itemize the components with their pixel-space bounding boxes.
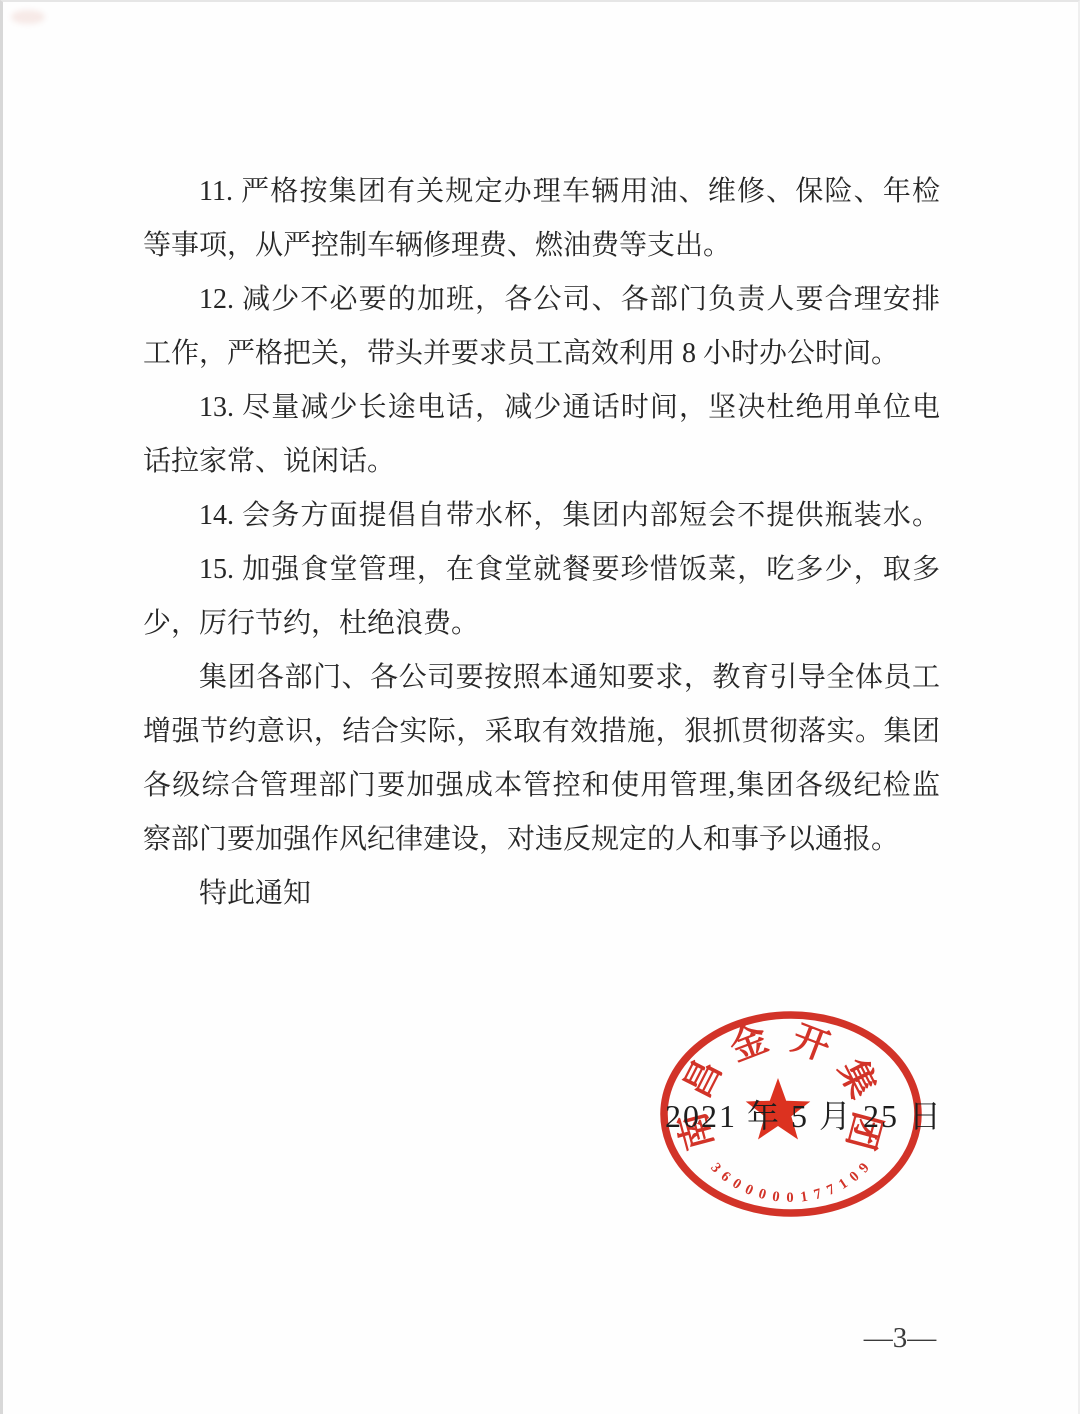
seal-serial-digit: 0 (742, 1181, 755, 1199)
text-line: 12. 减少不必要的加班，各公司、各部门负责人要合理安排 (143, 273, 940, 327)
seal-serial-digit: 0 (729, 1176, 744, 1193)
text-line: 集团各部门、各公司要按照本通知要求，教育引导全体员工 (143, 651, 940, 705)
seal-serial-digit: 0 (846, 1168, 862, 1185)
text-line: 特此通知 (143, 867, 940, 921)
text-line: 14. 会务方面提倡自带水杯，集团内部短会不提供瓶装水。 (143, 489, 940, 543)
text-line: 察部门要加强作风纪律建设，对违反规定的人和事予以通报。 (143, 813, 940, 867)
paragraph: 14. 会务方面提倡自带水杯，集团内部短会不提供瓶装水。 (143, 489, 940, 543)
text-line: 15. 加强食堂管理，在食堂就餐要珍惜饭菜，吃多少，取多 (143, 543, 940, 597)
text-line: 话拉家常、说闲话。 (143, 435, 940, 489)
text-line: 少，厉行节约，杜绝浪费。 (143, 597, 940, 651)
text-line: 11. 严格按集团有关规定办理车辆用油、维修、保险、年检 (143, 165, 940, 219)
text-line: 增强节约意识，结合实际，采取有效措施，狠抓贯彻落实。集团 (143, 705, 940, 759)
seal-serial-digit: 0 (786, 1190, 793, 1206)
seal-serial-digit: 1 (799, 1189, 808, 1206)
seal-serial-digit: 6 (717, 1168, 733, 1185)
seal-serial-digit: 0 (756, 1186, 768, 1203)
text-line: 各级综合管理部门要加强成本管控和使用管理,集团各级纪检监 (143, 759, 940, 813)
seal-character: 开 (786, 1018, 835, 1070)
seal-serial-digit: 7 (824, 1181, 837, 1199)
paragraph: 特此通知 (143, 867, 940, 921)
paragraph: 集团各部门、各公司要按照本通知要求，教育引导全体员工增强节约意识，结合实际，采取… (143, 651, 940, 867)
document-page: 11. 严格按集团有关规定办理车辆用油、维修、保险、年检等事项，从严控制车辆修理… (0, 0, 1080, 1414)
paragraph: 13. 尽量减少长途电话，减少通话时间，坚决杜绝用单位电话拉家常、说闲话。 (143, 381, 940, 489)
scan-smudge (11, 10, 45, 24)
seal-serial-digit: 0 (771, 1189, 780, 1206)
page-number: —3— (855, 1322, 945, 1355)
notice-body-text: 11. 严格按集团有关规定办理车辆用油、维修、保险、年检等事项，从严控制车辆修理… (143, 165, 940, 921)
text-line: 工作，严格把关，带头并要求员工高效利用 8 小时办公时间。 (143, 327, 940, 381)
paragraph: 12. 减少不必要的加班，各公司、各部门负责人要合理安排工作，严格把关，带头并要… (143, 273, 940, 381)
paragraph: 11. 严格按集团有关规定办理车辆用油、维修、保险、年检等事项，从严控制车辆修理… (143, 165, 940, 273)
seal-serial-digit: 9 (856, 1160, 873, 1176)
paragraph: 15. 加强食堂管理，在食堂就餐要珍惜饭菜，吃多少，取多少，厉行节约，杜绝浪费。 (143, 543, 940, 651)
seal-serial-digit: 1 (836, 1176, 851, 1193)
seal-serial-digit: 3 (707, 1160, 724, 1176)
seal-serial-digit: 7 (812, 1186, 824, 1203)
text-line: 13. 尽量减少长途电话，减少通话时间，坚决杜绝用单位电 (143, 381, 940, 435)
issue-date: 2021 年 5 月 25 日 (665, 1091, 943, 1137)
text-line: 等事项，从严控制车辆修理费、燃油费等支出。 (143, 219, 940, 273)
